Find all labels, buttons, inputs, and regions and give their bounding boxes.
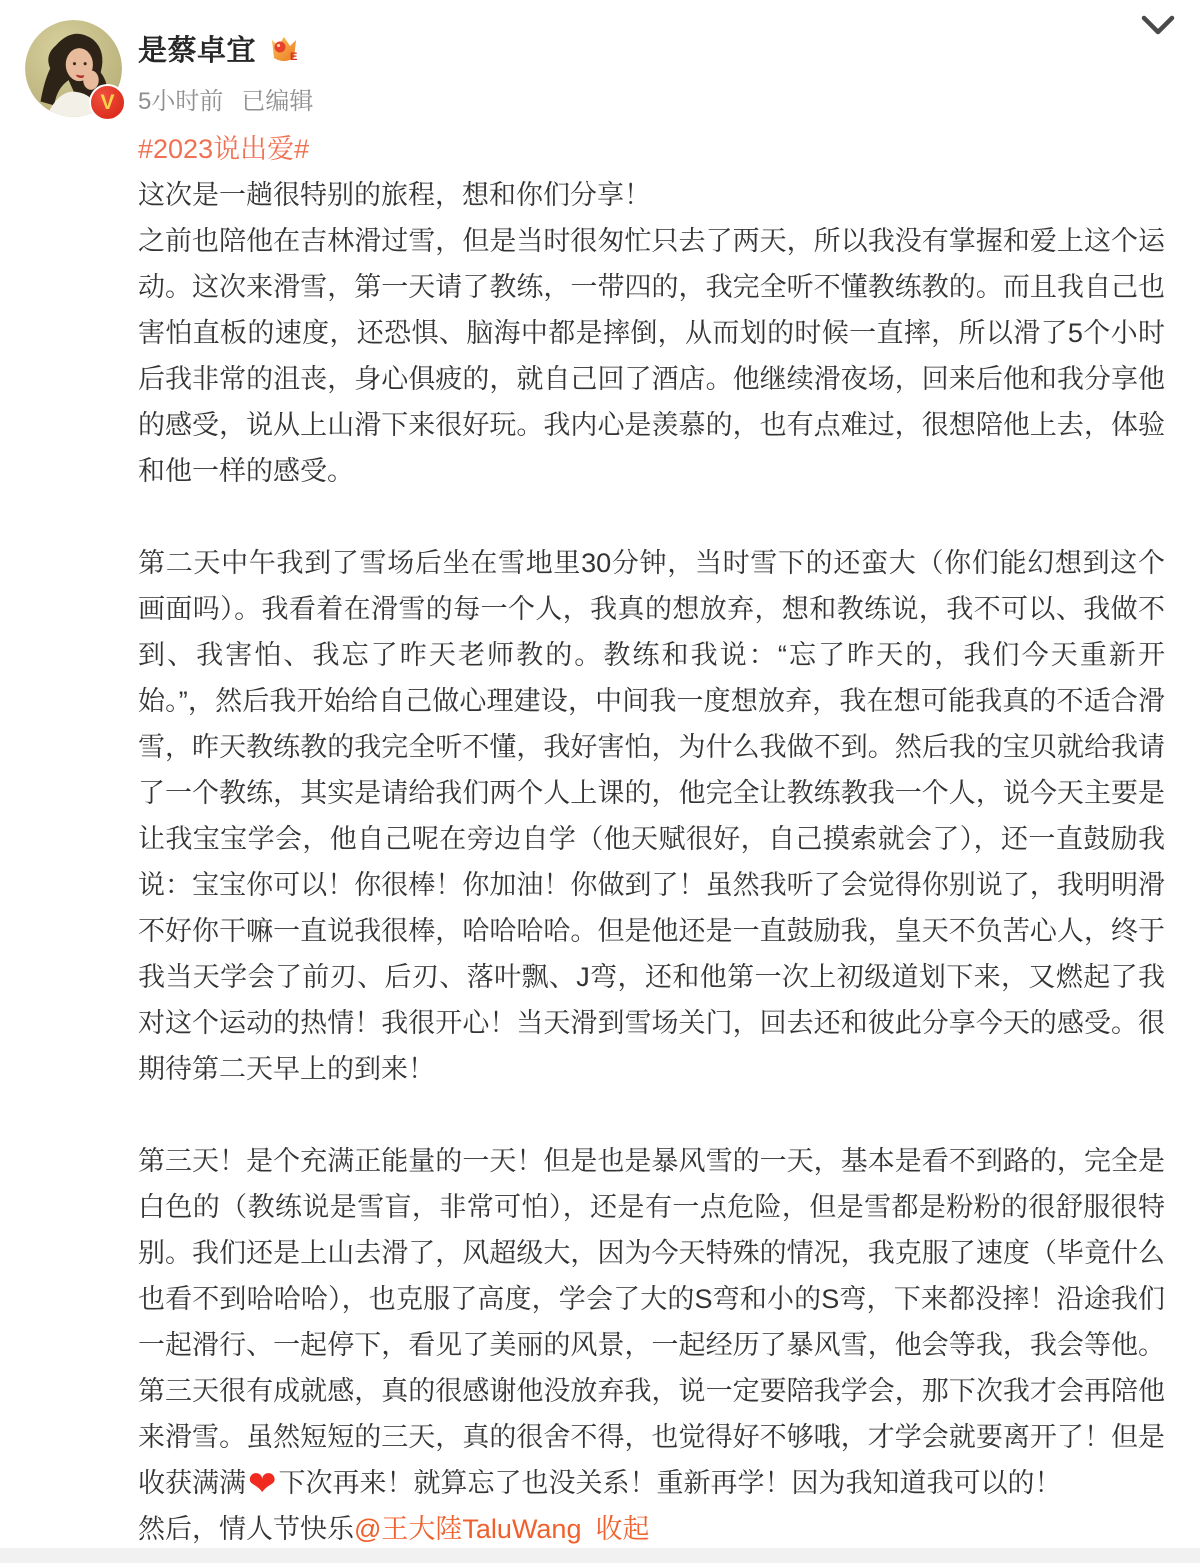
collapse-link[interactable]: 收起 [595,1514,649,1544]
mention-link[interactable]: @王大陸TaluWang [354,1514,581,1544]
timestamp[interactable]: 5小时前 [138,81,223,116]
red-heart-emoji: ❤ [246,1465,279,1503]
username-row: 是蔡卓宜 E [138,28,1165,69]
paragraph-day3: 第三天！是个充满正能量的一天！但是也是暴风雪的一天，基本是看不到路的，完全是白色… [138,1138,1165,1506]
svg-text:E: E [290,51,297,63]
hashtag-link[interactable]: #2023说出爱# [138,134,309,164]
membership-medal-icon: E [266,31,302,67]
verified-v-badge: V [89,84,126,121]
paragraph-intro: 这次是一趟很特别的旅程，想和你们分享！ [138,172,1165,218]
avatar-area: V [25,20,122,117]
paragraph-text-segment: 然后，情人节快乐 [138,1514,354,1544]
paragraph-day1: 之前也陪他在吉林滑过雪，但是当时很匆忙只去了两天，所以我没有掌握和爱上这个运动。… [138,218,1165,494]
paragraph-closing: 然后，情人节快乐@王大陸TaluWang收起 [138,1506,1165,1552]
post-content-column: 是蔡卓宜 E [138,20,1165,1552]
post-menu-chevron-button[interactable] [1134,10,1182,42]
paragraph-day2: 第二天中午我到了雪场后坐在雪地里30分钟，当时雪下的还蛮大（你们能幻想到这个画面… [138,540,1165,1092]
paragraph-gap [138,494,1165,540]
hashtag-line: #2023说出爱# [138,126,1165,172]
post-meta-row: 5小时前 已编辑 [138,81,1165,116]
post-body: #2023说出爱# 这次是一趟很特别的旅程，想和你们分享！ 之前也陪他在吉林滑过… [138,126,1165,1552]
paragraph-gap [138,1092,1165,1138]
chevron-down-icon [1138,14,1178,38]
weibo-post-card: V 是蔡卓宜 E [0,0,1200,1563]
edited-label: 已编辑 [241,81,313,116]
post-container: V 是蔡卓宜 E [0,0,1200,1552]
username[interactable]: 是蔡卓宜 [138,28,256,69]
paragraph-text-segment: 下次再来！就算忘了也没关系！重新再学！因为我知道我可以的！ [279,1468,1062,1498]
paragraph-text-segment: 第三天！是个充满正能量的一天！但是也是暴风雪的一天，基本是看不到路的，完全是白色… [138,1146,1165,1498]
card-separator [0,1548,1200,1563]
